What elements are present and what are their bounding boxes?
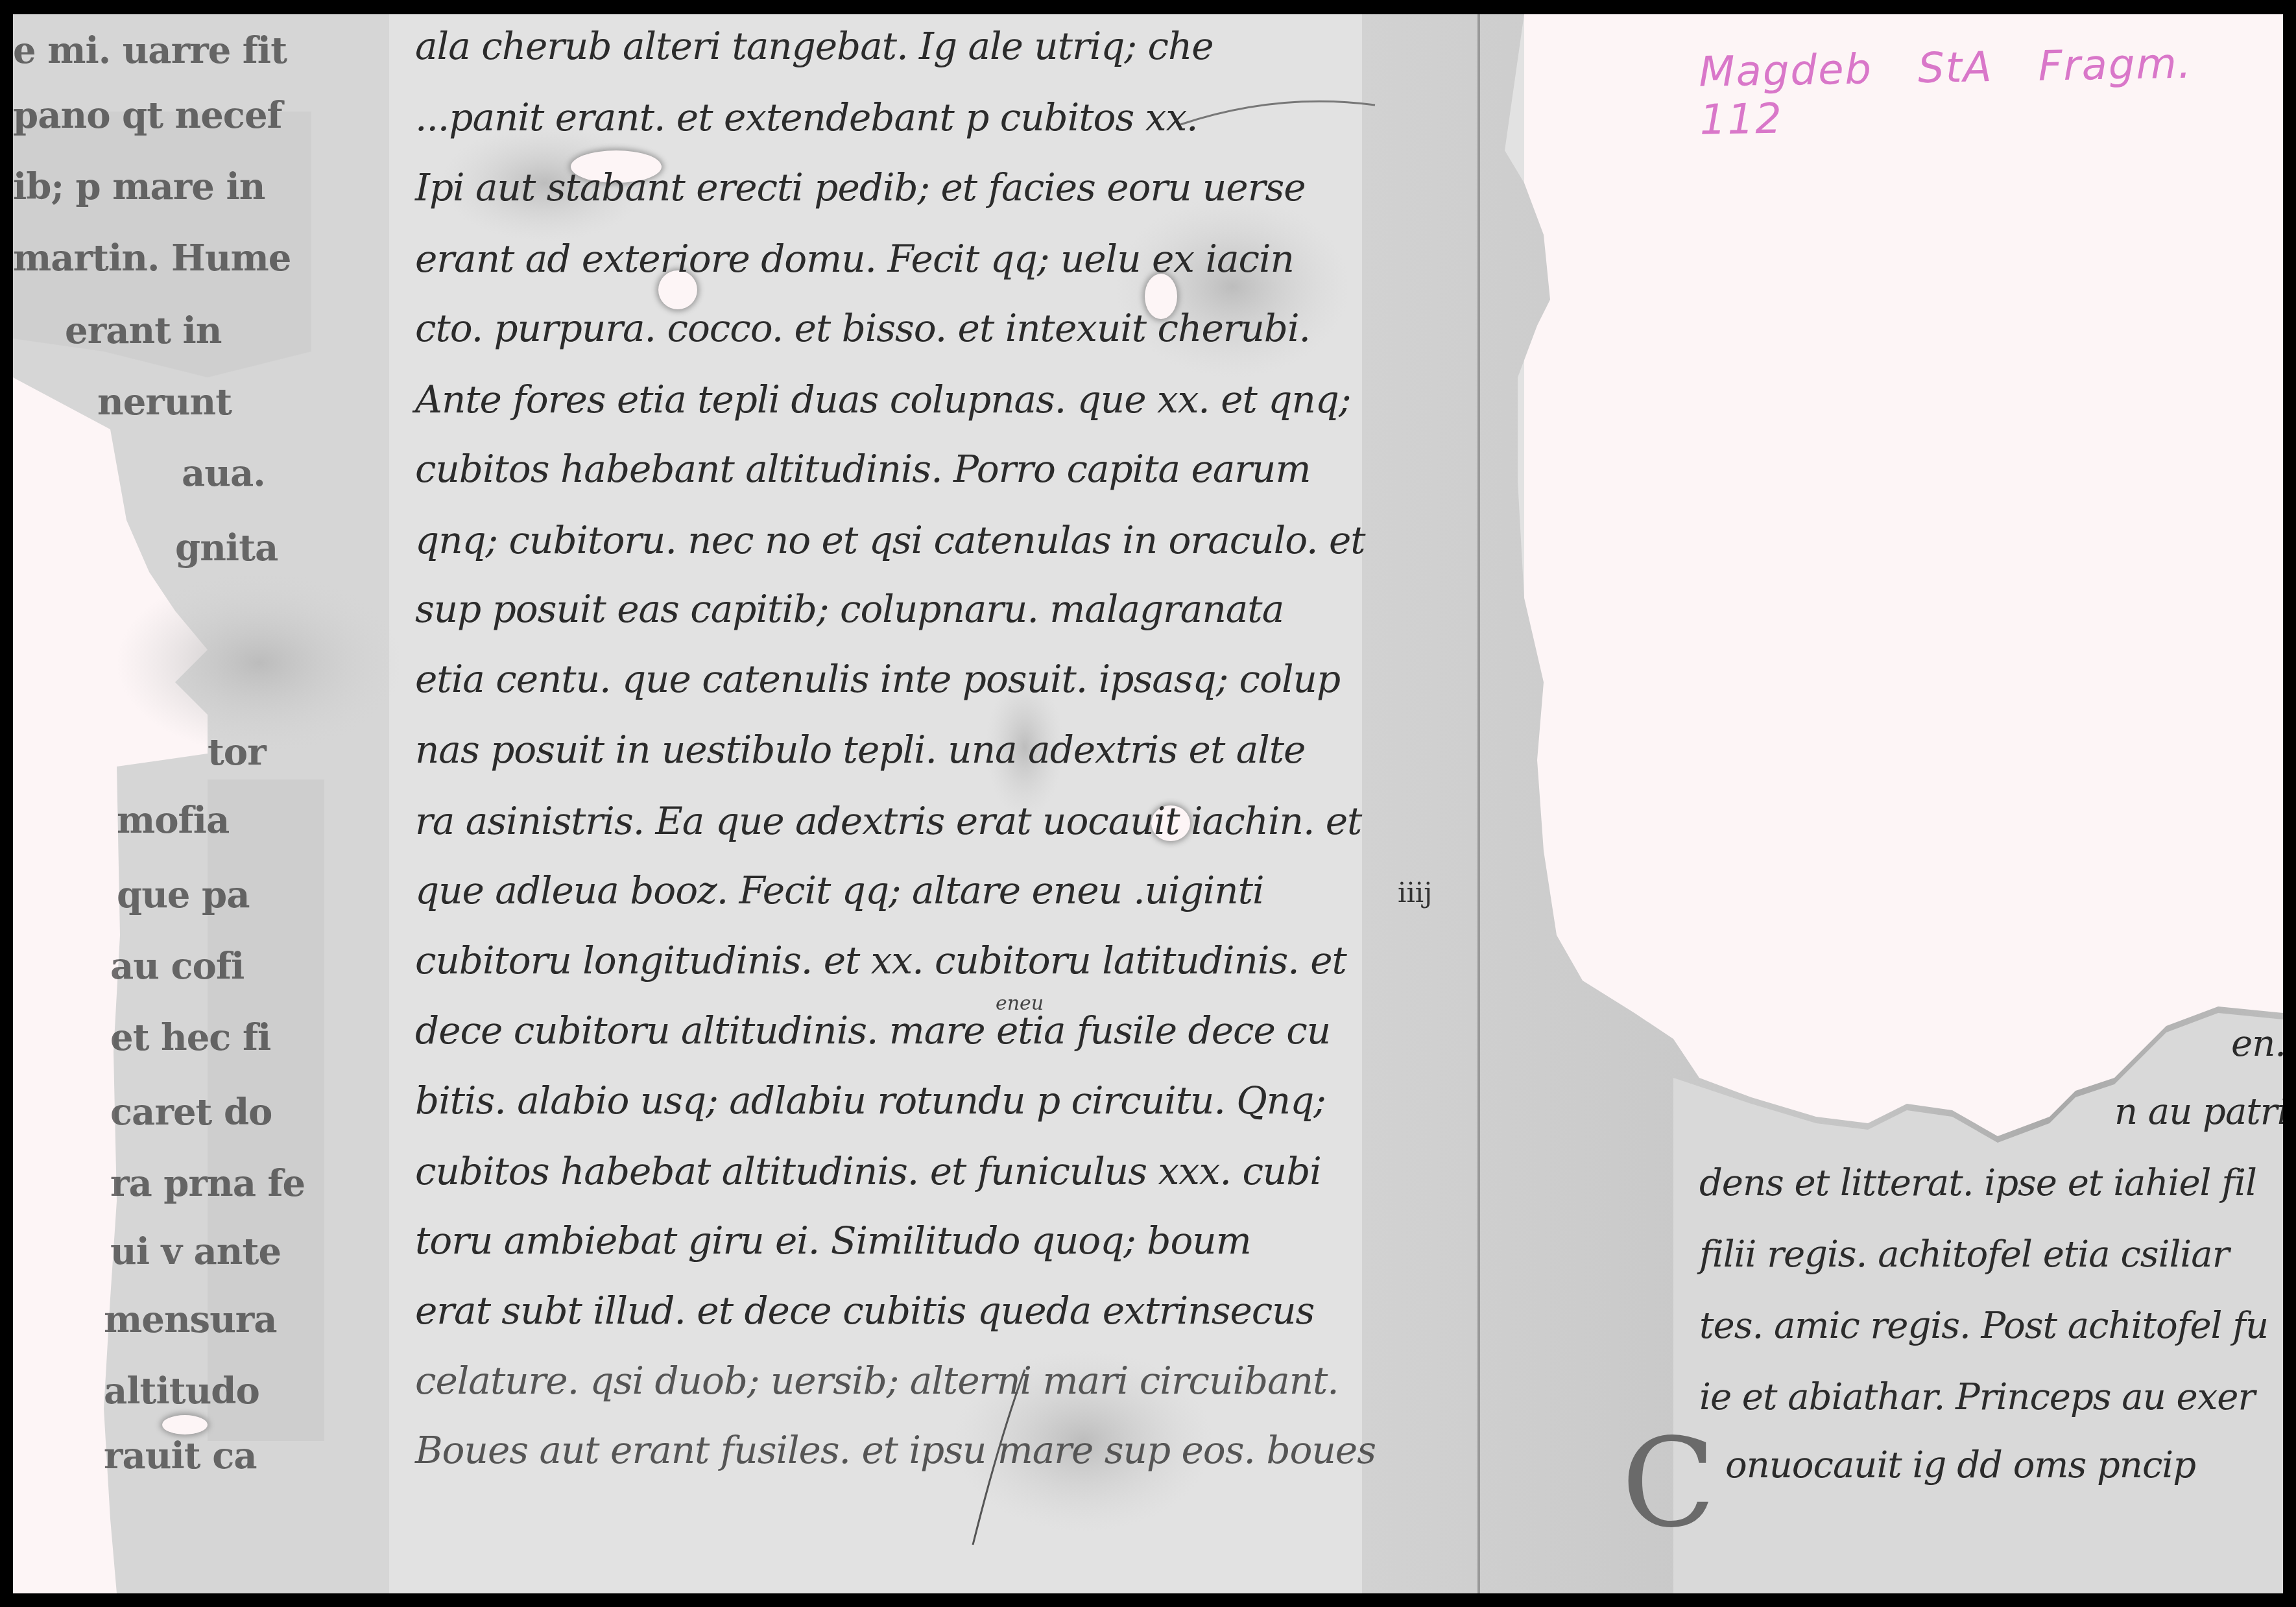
text-line: caret do bbox=[110, 1094, 272, 1130]
text-line: altitudo bbox=[104, 1373, 259, 1409]
text-line: cubitos habebant altitudinis. Porro capi… bbox=[415, 450, 1310, 488]
archive-shelfmark-label: MagdebStAFragm. 112 bbox=[1699, 38, 2283, 145]
text-line: erat subt illud. et dece cubitis queda e… bbox=[415, 1292, 1314, 1329]
text-line: et hec fi bbox=[110, 1019, 270, 1056]
text-line: etia centu. que catenulis inte posuit. i… bbox=[415, 660, 1340, 698]
text-line: ...panit erant. et extendebant p cubitos… bbox=[415, 99, 1198, 136]
text-line: filii regis. achitofel etia csiliar bbox=[1699, 1237, 2229, 1273]
text-line: celature. qsi duob; uersib; alterni mari… bbox=[415, 1362, 1339, 1399]
text-line: aua. bbox=[182, 455, 265, 492]
text-line: Ipi aut stabant erecti pedib; et facies … bbox=[415, 169, 1305, 206]
text-line: cubitoru longitudinis. et xx. cubitoru l… bbox=[415, 942, 1346, 979]
text-line: nerunt bbox=[97, 384, 232, 420]
text-line: tor bbox=[208, 734, 266, 770]
text-line: erant ad exteriore domu. Fecit qq; uelu … bbox=[415, 240, 1294, 278]
text-line: nas posuit in uestibulo tepli. una adext… bbox=[415, 731, 1305, 768]
text-line: Ante fores etia tepli duas colupnas. que… bbox=[415, 381, 1350, 418]
text-line: mofia bbox=[117, 802, 229, 839]
text-line: au cofi bbox=[110, 948, 244, 984]
text-line: ie et abiathar. Princeps au exer bbox=[1699, 1379, 2254, 1416]
text-line: toru ambiebat giru ei. Similitudo quoq; … bbox=[415, 1222, 1251, 1259]
interlinear-gloss: eneu bbox=[996, 992, 1044, 1015]
text-line: cto. purpura. cocco. et bisso. et intexu… bbox=[415, 309, 1310, 347]
text-line: ra asinistris. Ea que adextris erat uoca… bbox=[415, 802, 1361, 840]
text-line: mensura bbox=[104, 1302, 277, 1338]
text-line: en. bbox=[2231, 1026, 2283, 1062]
text-line: e mi. uarre fit bbox=[13, 32, 287, 69]
text-line: gnita bbox=[175, 530, 278, 566]
text-line: qnq; cubitoru. nec no et qsi catenulas i… bbox=[415, 521, 1365, 559]
parchment-hole bbox=[162, 1415, 208, 1434]
text-line: martin. Hume bbox=[13, 240, 291, 276]
text-line: ui v ante bbox=[110, 1233, 281, 1270]
text-line: que pa bbox=[117, 877, 249, 913]
text-line: onuocauit ig dd oms pncip bbox=[1725, 1447, 2195, 1484]
text-line: sup posuit eas capitib; colupnaru. malag… bbox=[415, 590, 1284, 628]
text-line: ala cherub alteri tangebat. Ig ale utriq… bbox=[415, 27, 1214, 65]
text-line: ib; p mare in bbox=[13, 169, 265, 205]
text-line: n au patri bbox=[2114, 1094, 2283, 1130]
text-line: dece cubitoru altitudinis. mare etia fus… bbox=[415, 1012, 1330, 1049]
text-line: Boues aut erant fusiles. et ipsu mare su… bbox=[415, 1431, 1376, 1469]
manuscript-sheet: MagdebStAFragm. 112 e mi. uarre fit pano… bbox=[13, 14, 2283, 1593]
text-line: erant in bbox=[65, 313, 221, 349]
text-line: ra prna fe bbox=[110, 1165, 305, 1202]
drop-cap-initial: C bbox=[1621, 1422, 1716, 1545]
text-line: bitis. alabio usq; adlabiu rotundu p cir… bbox=[415, 1082, 1326, 1119]
text-line: pano qt necef bbox=[13, 97, 282, 134]
archive-label-institution: StA bbox=[1917, 43, 1993, 93]
text-line: rauit ca bbox=[104, 1438, 257, 1474]
text-line: que adleua booz. Fecit qq; altare eneu .… bbox=[415, 872, 1264, 909]
text-line: cubitos habebat altitudinis. et funiculu… bbox=[415, 1152, 1321, 1190]
marginal-note: iiij bbox=[1398, 877, 1432, 909]
text-line: dens et litterat. ipse et iahiel fil bbox=[1699, 1165, 2256, 1202]
text-line: tes. amic regis. Post achitofel fu bbox=[1699, 1308, 2268, 1344]
archive-label-city: Magdeb bbox=[1699, 45, 1873, 97]
